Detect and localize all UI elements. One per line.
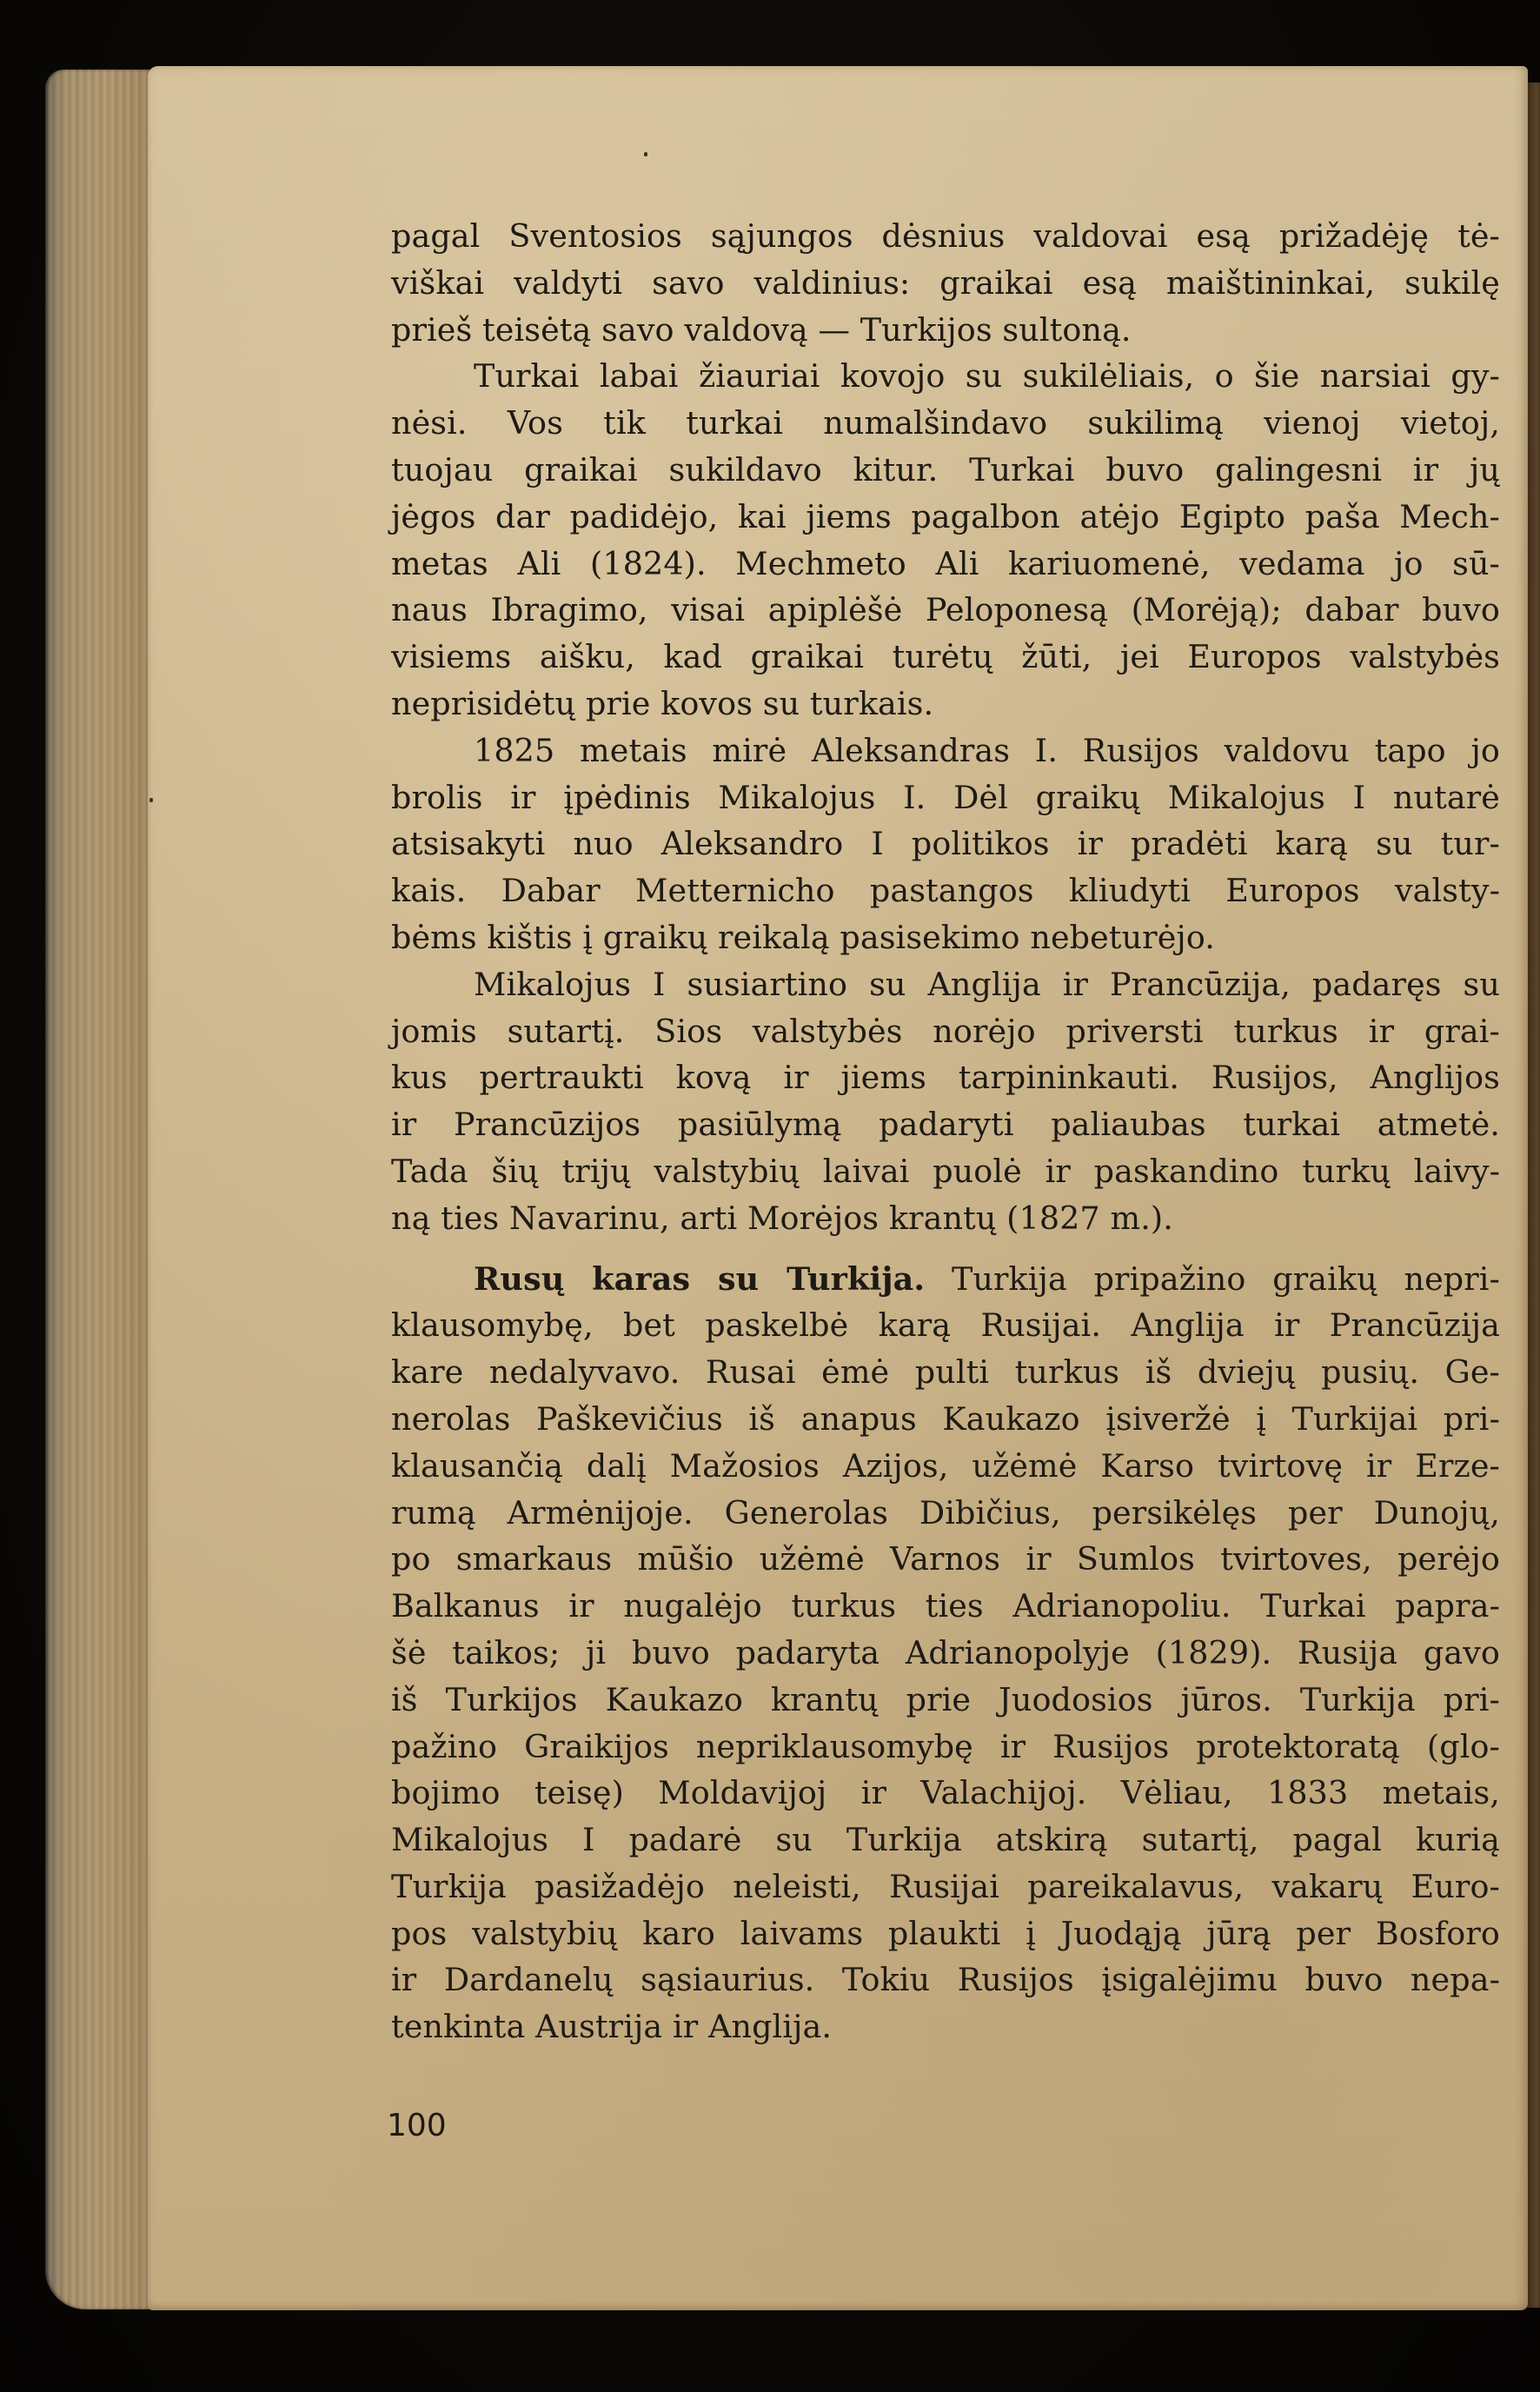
text-line: metas Ali (1824). Mechmeto Ali kariuomen…: [391, 541, 1500, 588]
paper-speck: [644, 152, 647, 156]
next-page-edge: [1527, 83, 1540, 2308]
text-line: nėsi. Vos tik turkai numalšindavo sukili…: [391, 400, 1500, 447]
text-line: prieš teisėtą savo valdovą — Turkijos su…: [391, 307, 1500, 354]
text-line: neprisidėtų prie kovos su turkais.: [391, 681, 1500, 728]
text-line: brolis ir įpėdinis Mikalojus I. Dėl grai…: [391, 774, 1500, 821]
paragraph: pagal Sventosios sąjungos dėsnius valdov…: [391, 213, 1500, 353]
paragraph-section-russo-turkish-war: Rusų karas su Turkija. Turkija pripažino…: [391, 1256, 1500, 2051]
text-line: iš Turkijos Kaukazo krantų prie Juodosio…: [391, 1677, 1500, 1724]
section-spacer: [391, 1242, 1500, 1256]
paragraph: Mikalojus I susiartino su Anglija ir Pra…: [391, 961, 1500, 1242]
text-line: viškai valdyti savo valdinius: graikai e…: [391, 260, 1500, 307]
text-line: klausančią dalį Mažosios Azijos, užėmė K…: [391, 1443, 1500, 1490]
text-line: atsisakyti nuo Aleksandro I politikos ir…: [391, 821, 1500, 867]
text-line: tuojau graikai sukildavo kitur. Turkai b…: [391, 447, 1500, 494]
text-line: pagal Sventosios sąjungos dėsnius valdov…: [391, 213, 1500, 260]
text-line: Turkija pasižadėjo neleisti, Rusijai par…: [391, 1864, 1500, 1910]
section-heading: Rusų karas su Turkija.: [474, 1260, 925, 1298]
page-text-block: pagal Sventosios sąjungos dėsnius valdov…: [391, 213, 1500, 2050]
text-line: pos valstybių karo laivams plaukti į Juo…: [391, 1910, 1500, 1957]
text-line: ną ties Navarinu, arti Morėjos krantų (1…: [391, 1195, 1500, 1242]
text-line: šė taikos; ji buvo padaryta Adrianopolyj…: [391, 1630, 1500, 1677]
text-line: Mikalojus I padarė su Turkija atskirą su…: [391, 1817, 1500, 1864]
text-line: bojimo teisę) Moldavijoj ir Valachijoj. …: [391, 1770, 1500, 1817]
paragraph: Turkai labai žiauriai kovojo su sukilėli…: [391, 353, 1500, 727]
text-line: kus pertraukti kovą ir jiems tarpininkau…: [391, 1054, 1500, 1101]
text-line: Balkanus ir nugalėjo turkus ties Adriano…: [391, 1583, 1500, 1630]
text-line: kais. Dabar Metternicho pastangos kliudy…: [391, 867, 1500, 914]
text-line: Mikalojus I susiartino su Anglija ir Pra…: [391, 961, 1500, 1008]
text-line: nerolas Paškevičius iš anapus Kaukazo įs…: [391, 1396, 1500, 1443]
text-line: jomis sutartį. Sios valstybės norėjo pri…: [391, 1008, 1500, 1055]
text-line: bėms kištis į graikų reikalą pasisekimo …: [391, 914, 1500, 961]
paper-speck: [149, 798, 153, 802]
text-line: naus Ibragimo, visai apiplėšė Peloponesą…: [391, 587, 1500, 634]
text-line: rumą Armėnijoje. Generolas Dibičius, per…: [391, 1490, 1500, 1537]
text-line: ir Dardanelų sąsiaurius. Tokiu Rusijos į…: [391, 1957, 1500, 2003]
text-line: Turkai labai žiauriai kovojo su sukilėli…: [391, 353, 1500, 400]
text-line: pažino Graikijos nepriklausomybę ir Rusi…: [391, 1724, 1500, 1771]
text-line: kare nedalyvavo. Rusai ėmė pulti turkus …: [391, 1349, 1500, 1396]
page-number: 100: [387, 2108, 447, 2143]
text-line: ir Prancūzijos pasiūlymą padaryti paliau…: [391, 1101, 1500, 1148]
book-fore-edge: [45, 70, 158, 2309]
text-line: klausomybę, bet paskelbė karą Rusijai. A…: [391, 1302, 1500, 1349]
text-run: Turkija pripažino graikų nepri-: [925, 1260, 1500, 1298]
text-line: 1825 metais mirė Aleksandras I. Rusijos …: [391, 728, 1500, 774]
text-line: visiems aišku, kad graikai turėtų žūti, …: [391, 634, 1500, 681]
text-line: Tada šių trijų valstybių laivai puolė ir…: [391, 1148, 1500, 1195]
paragraph: 1825 metais mirė Aleksandras I. Rusijos …: [391, 728, 1500, 961]
text-line-with-heading: Rusų karas su Turkija. Turkija pripažino…: [391, 1256, 1500, 1303]
text-line: jėgos dar padidėjo, kai jiems pagalbon a…: [391, 494, 1500, 541]
text-line: po smarkaus mūšio užėmė Varnos ir Sumlos…: [391, 1536, 1500, 1583]
text-line: tenkinta Austrija ir Anglija.: [391, 2003, 1500, 2050]
